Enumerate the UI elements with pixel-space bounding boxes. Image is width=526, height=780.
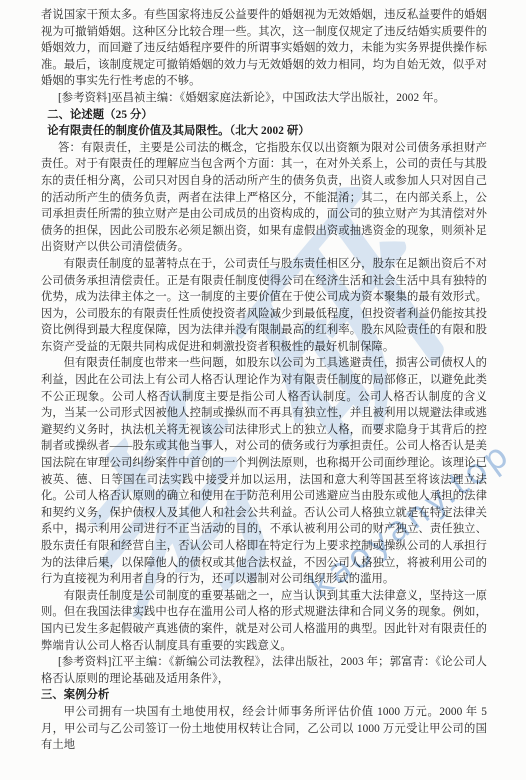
case-paragraph-land-use: 甲公司拥有一块国有土地使用权，经会计师事务所评估价值 1000 万元。2000 …: [41, 704, 487, 754]
answer-paragraph-problems: 但有限责任制度也带来一些问题，如股东以公司为工具逃避责任，损害公司债权人的利益，…: [41, 355, 487, 587]
reference-note-company-law: [参考资料]江平主编：《新编公司法教程》，法律出版社，2003 年；郭富青：《论…: [41, 654, 487, 687]
essay-question-title: 论有限责任的制度价值及其局限性。（北大 2002 研）: [41, 123, 487, 140]
section-heading-essay-question: 二、论述题（25 分）: [41, 107, 487, 124]
answer-paragraph-definition: 答：有限责任，主要是公司法的概念，它指股东仅以出资额为限对公司债务承担财产责任。…: [41, 140, 487, 256]
scanned-book-page: 者说国家干预太多。有些国家将违反公益要件的婚姻视为无效婚姻，违反私益要件的婚姻视…: [0, 0, 526, 780]
paragraph-marriage-continuation: 者说国家干预太多。有些国家将违反公益要件的婚姻视为无效婚姻，违反私益要件的婚姻视…: [41, 7, 487, 90]
section-heading-case-analysis: 三、案例分析: [41, 687, 487, 704]
reference-note-marriage: [参考资料]巫昌祯主编：《婚姻家庭法新论》，中国政法大学出版社，2002 年。: [41, 90, 487, 107]
answer-paragraph-features: 有限责任制度的显著特点在于，公司责任与股东责任相区分，股东在足额出资后不对公司债…: [41, 256, 487, 356]
document-text-block: 者说国家干预太多。有些国家将违反公益要件的婚姻视为无效婚姻，违反私益要件的婚姻视…: [41, 7, 487, 754]
answer-paragraph-conclusion: 有限责任制度是公司制度的重要基础之一，应当认识到其重大法律意义，坚持这一原则。但…: [41, 588, 487, 654]
